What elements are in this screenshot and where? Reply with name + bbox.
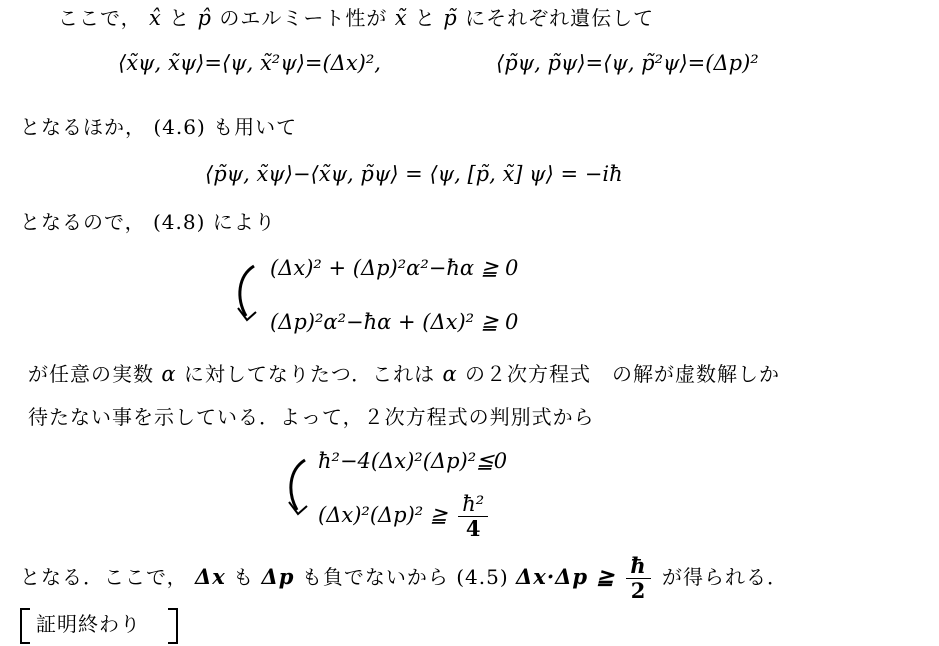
text-line-5: 待たない事を示している．よって，２次方程式の判別式から	[28, 404, 595, 430]
text-segment: のエルミート性が	[219, 6, 387, 30]
equation-commutator: ⟨p̃ψ, x̃ψ⟩−⟨x̃ψ, p̃ψ⟩ = ⟨ψ, [p̃, x̃] ψ⟩ …	[205, 161, 623, 187]
equation-uncertainty-squared: (Δx)²(Δp)² ≧ ħ² 4	[318, 490, 492, 541]
end-of-proof-label: 証明終わり	[36, 611, 141, 637]
text-segment: に対してなりたつ．これは	[184, 362, 435, 386]
fraction: ħ² 4	[458, 492, 488, 541]
math-delta-p: Δp	[262, 564, 295, 589]
text-segment: となるので，	[20, 210, 146, 234]
fraction-denominator: 2	[626, 579, 650, 603]
text-line-6: となる．ここで， Δx も Δp も負でないから (4.5) Δx·Δp ≧ ħ…	[20, 552, 788, 603]
equation-inequality-a: (Δx)² + (Δp)²α²−ħα ≧ 0	[270, 255, 518, 281]
equation-inequality-b: (Δp)²α²−ħα + (Δx)² ≧ 0	[270, 309, 518, 335]
text-segment: も用いて	[213, 115, 297, 139]
math-p-tilde: p̃	[443, 6, 457, 30]
text-segment: の２次方程式 の解が虚数解しか	[465, 362, 780, 386]
equation-ref: (4.5)	[456, 565, 508, 589]
math-x-tilde: x̃	[395, 6, 408, 30]
right-bracket	[168, 608, 178, 644]
text-segment: も	[233, 565, 254, 589]
text-segment: となる．ここで，	[20, 565, 188, 589]
curved-arrow-icon	[283, 454, 323, 524]
text-segment: にそれぞれ遺伝して	[465, 6, 654, 30]
fraction-numerator: ħ²	[458, 492, 488, 517]
equation-p-variance: ⟨p̃ψ, p̃ψ⟩=⟨ψ, p̃²ψ⟩=(Δp)²	[496, 50, 759, 76]
math-delta-x: Δx	[195, 564, 226, 589]
uncertainty-inequality: Δx·Δp ≧	[516, 564, 615, 589]
text-line-4: が任意の実数 α に対してなりたつ．これは α の２次方程式 の解が虚数解しか	[28, 361, 780, 387]
fraction-denominator: 4	[458, 517, 488, 541]
text-line-2: となるほか， (4.6) も用いて	[20, 114, 297, 140]
math-x-hat: x̂	[149, 6, 162, 30]
equation-discriminant: ħ²−4(Δx)²(Δp)²≦0	[318, 448, 507, 474]
text-line-3: となるので， (4.8) により	[20, 209, 276, 235]
math-p-hat: p̂	[198, 6, 212, 30]
equation-lhs: (Δx)²(Δp)² ≧	[318, 503, 448, 527]
math-alpha: α	[442, 362, 457, 386]
equation-x-variance: ⟨x̃ψ, x̃ψ⟩=⟨ψ, x̃²ψ⟩=(Δx)²,	[118, 50, 381, 76]
text-segment: により	[213, 210, 276, 234]
text-segment: ここで，	[58, 6, 142, 30]
curved-arrow-icon	[232, 258, 272, 328]
text-segment: が得られる．	[662, 565, 788, 589]
text-segment: が任意の実数	[28, 362, 154, 386]
text-segment: も負でないから	[302, 565, 449, 589]
fraction: ħ 2	[626, 554, 650, 603]
text-line-1: ここで， x̂ と p̂ のエルミート性が x̃ と p̃ にそれぞれ遺伝して	[58, 5, 654, 31]
math-alpha: α	[161, 362, 176, 386]
equation-ref: (4.6)	[153, 115, 205, 139]
equation-ref: (4.8)	[153, 210, 205, 234]
text-segment: と	[415, 6, 436, 30]
fraction-numerator: ħ	[626, 554, 650, 579]
left-bracket	[20, 608, 30, 644]
text-segment: となるほか，	[20, 115, 146, 139]
text-segment: と	[169, 6, 190, 30]
